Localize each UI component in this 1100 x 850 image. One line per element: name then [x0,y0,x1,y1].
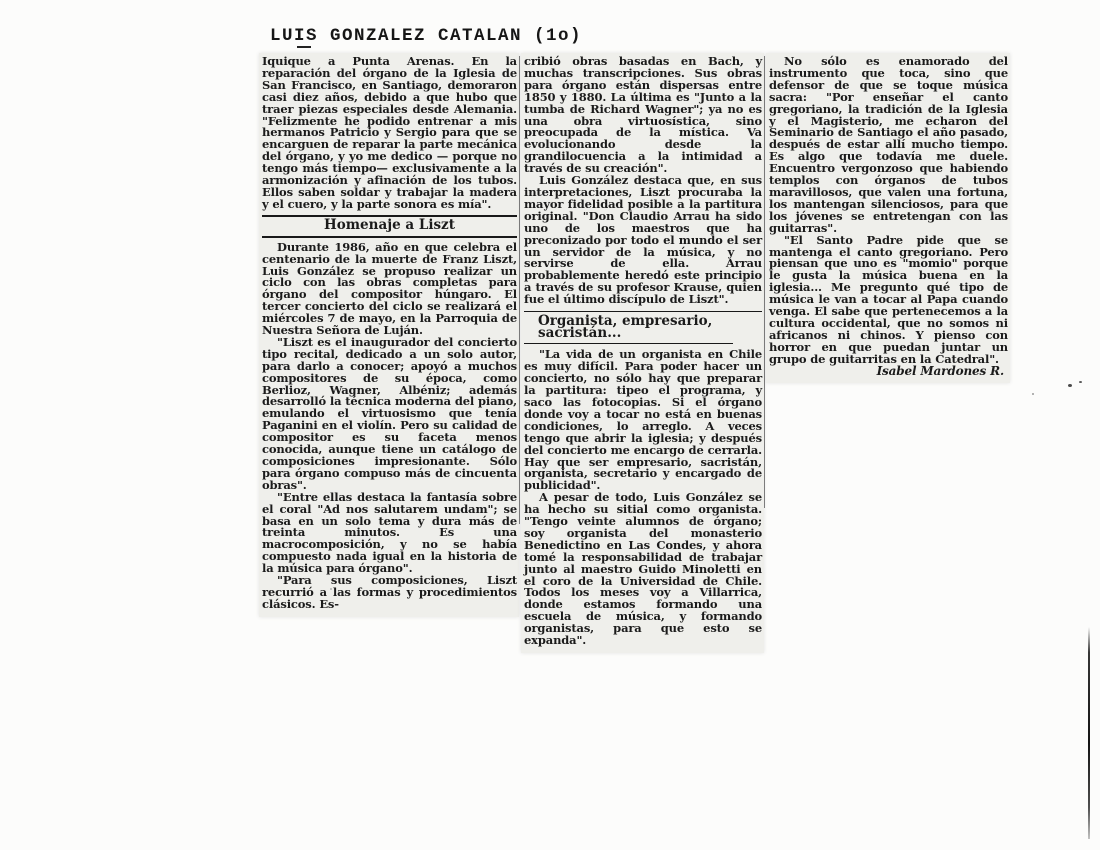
scan-edge-line [1088,627,1090,839]
paragraph: cribió obras basadas en Bach, y muchas t… [524,56,762,175]
paragraph: Iquique a Punta Arenas. En la reparación… [262,56,517,211]
scan-speck [1032,393,1034,395]
page-title: LUIS GONZALEZ CATALAN (1o) [270,26,582,46]
paragraph: A pesar de todo, Luis González se ha hec… [524,492,762,647]
article-column-2: cribió obras basadas en Bach, y muchas t… [521,53,764,653]
paragraph: "Para sus composiciones, Liszt recurrió … [262,575,517,611]
paragraph: "Liszt es el inaugurador del concierto t… [262,337,517,492]
paragraph: Luis González destaca que, en sus interp… [524,175,762,306]
section-heading-organista-empresario-sacristan: Organista, empresario, sacristán... [524,311,762,343]
column-divider-rule [519,56,520,524]
scan-speck [1068,384,1072,387]
title-underline-mark [297,46,311,48]
article-column-3: No sólo es enamorado del instrumento que… [766,53,1010,383]
byline: Isabel Mardones R. [769,366,1008,378]
scan-speck [330,588,332,590]
scan-speck [1079,381,1082,383]
paragraph: No sólo es enamorado del instrumento que… [769,56,1008,235]
paragraph: Durante 1986, año en que celebra el cent… [262,242,517,337]
paragraph: "El Santo Padre pide que se mantenga el … [769,235,1008,366]
paragraph: "La vida de un organista en Chile es muy… [524,349,762,492]
heading-underline-rule [524,343,733,345]
paragraph: "Entre ellas destaca la fantasía sobre e… [262,492,517,575]
column-divider-rule [764,56,765,508]
section-heading-homenaje-a-liszt: Homenaje a Liszt [262,215,517,238]
scanned-newspaper-page: { "document": { "title": "LUIS GONZALEZ … [0,0,1100,850]
article-column-1: Iquique a Punta Arenas. En la reparación… [259,53,519,617]
